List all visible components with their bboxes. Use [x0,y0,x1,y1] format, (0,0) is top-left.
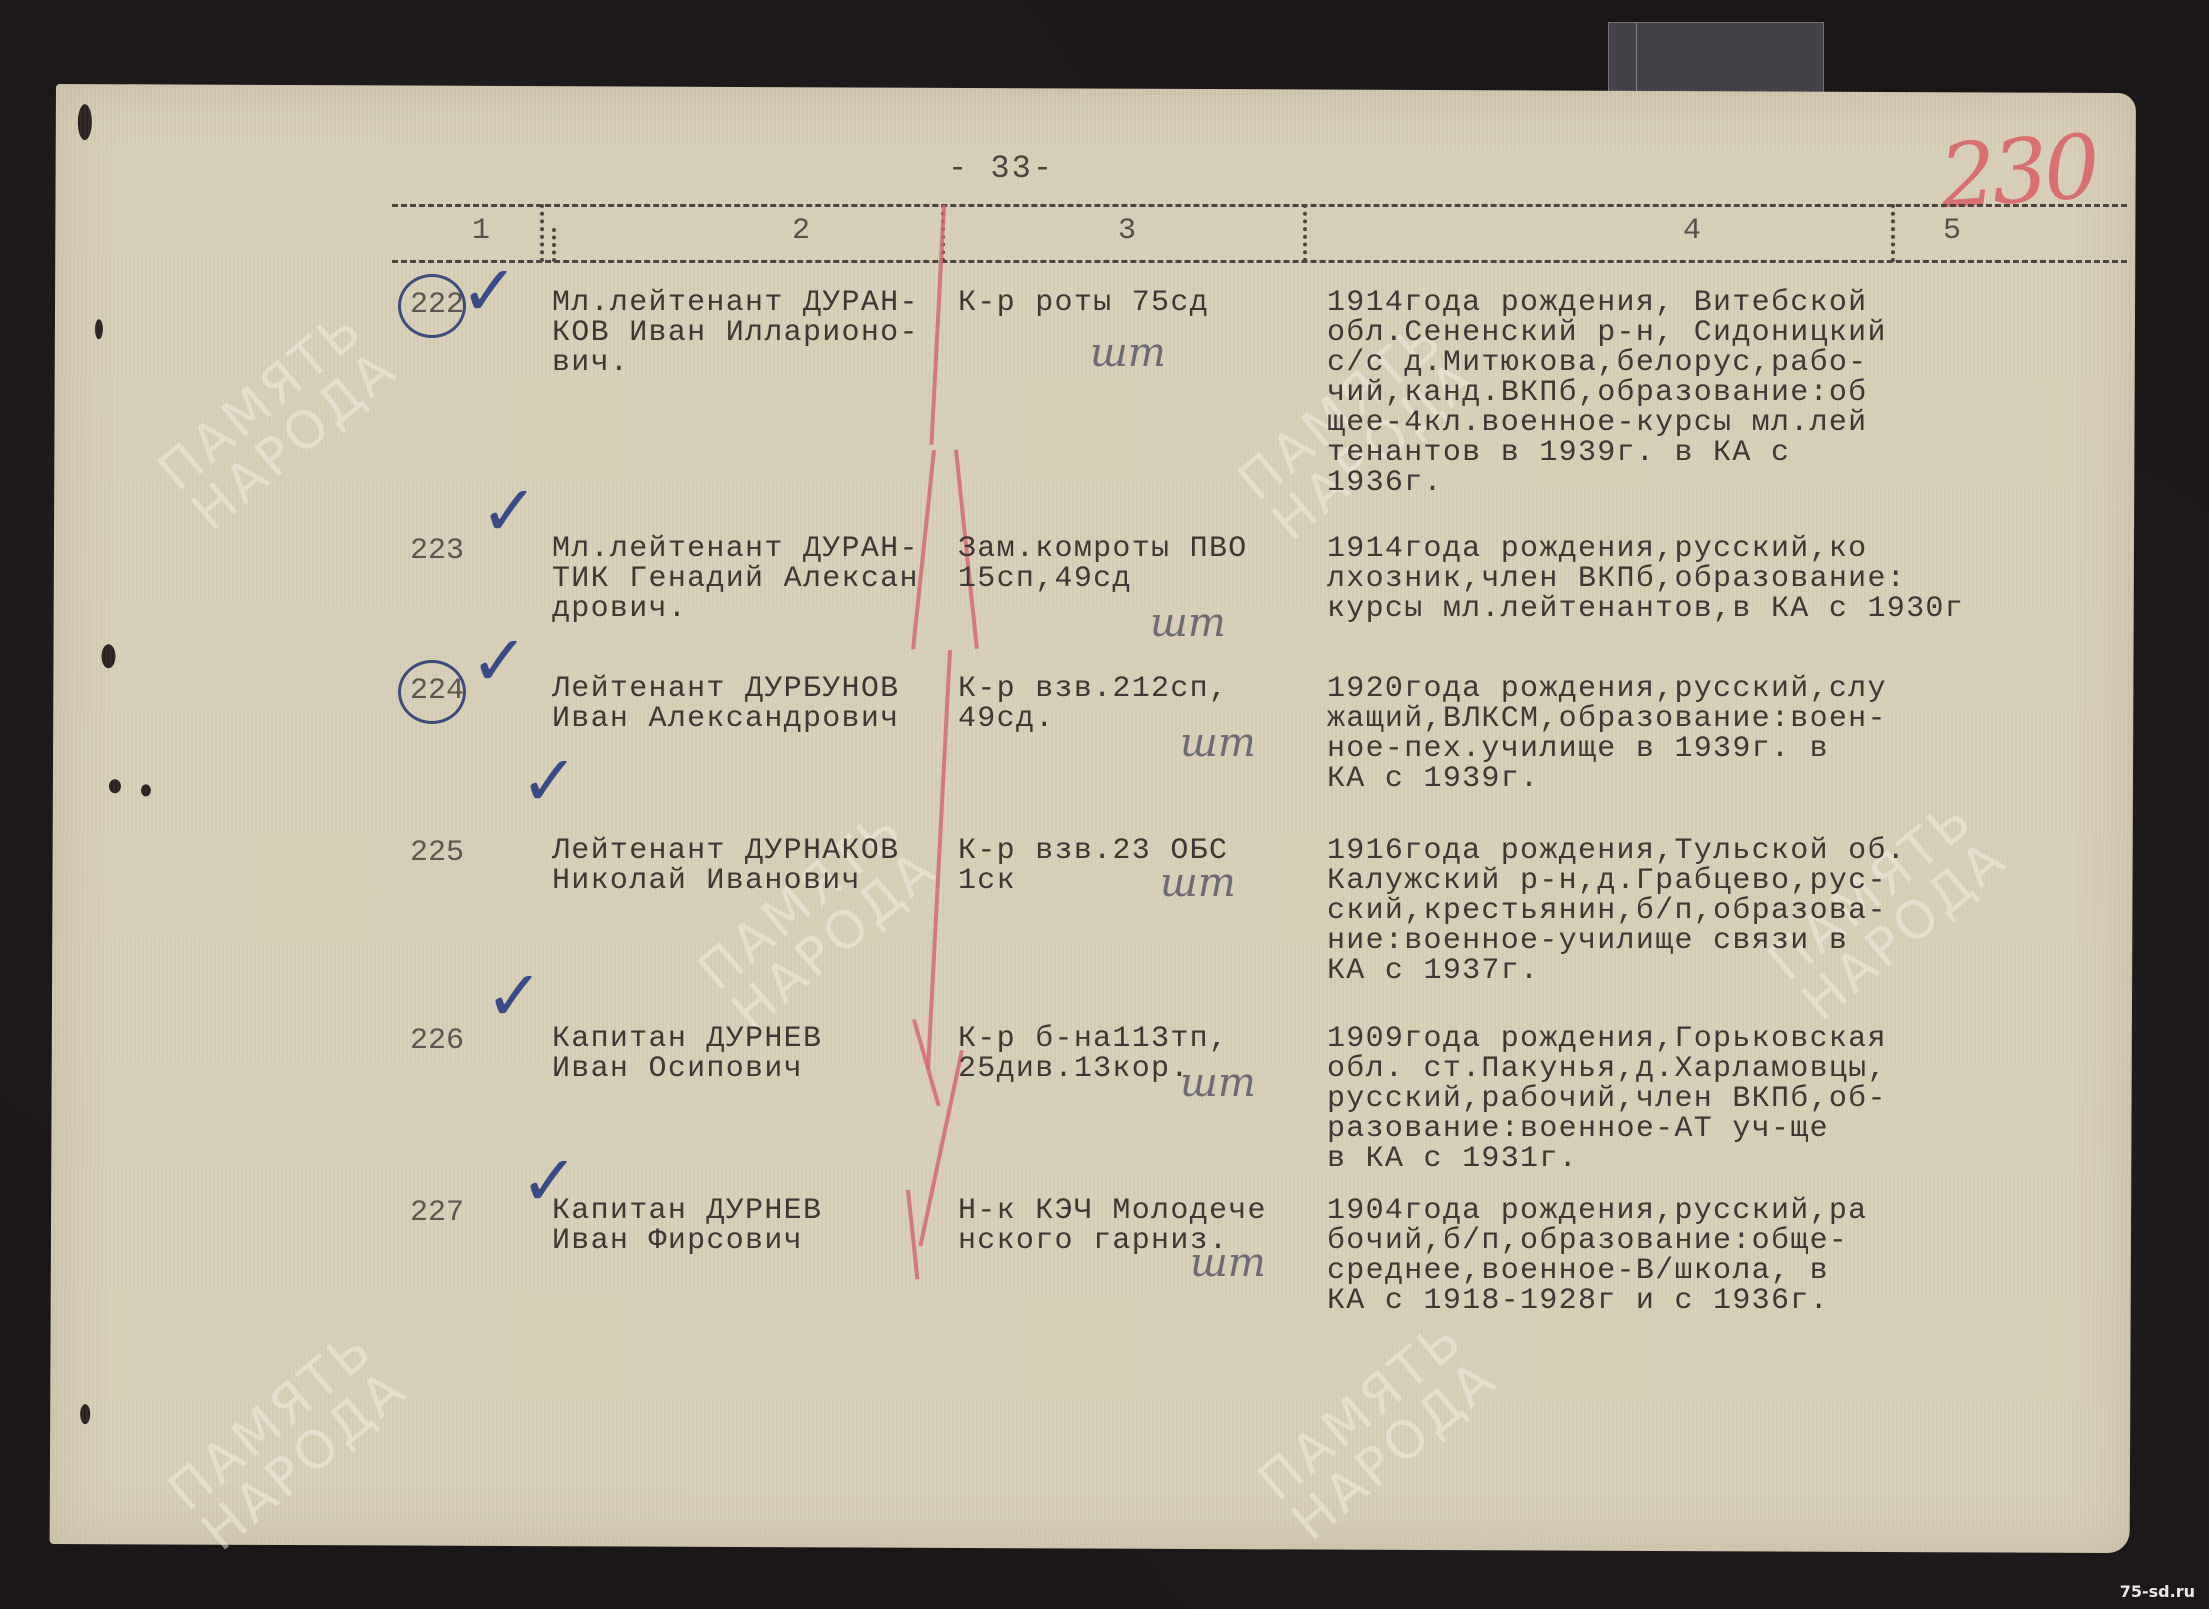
checkmark-icon: ✓ [480,470,539,552]
row-position: Зам.комроты ПВО 15сп,49сд [958,534,1248,594]
row-biography: 1909года рождения,Горьковская обл. ст.Па… [1327,1024,1887,1174]
row-name: Лейтенант ДУРНАКОВ Николай Иванович [552,836,899,896]
checkmark-icon: ✓ [520,1140,579,1222]
circled-number-mark [398,274,466,338]
checkmark-icon: ✓ [520,740,579,822]
checkmark-icon: ✓ [470,620,529,702]
column-header-4: 4 [1683,214,1701,248]
column-header-2: 2 [792,214,810,248]
row-number: 223 [410,534,464,568]
handwritten-initials: шт [1190,1240,1266,1286]
row-biography: 1914года рождения, Витебской обл.Сененск… [1327,288,1887,498]
row-biography: 1904года рождения,русский,ра бочий,б/п,о… [1327,1196,1867,1316]
adhesive-tape [1608,22,1824,94]
binding-hole [78,104,92,140]
handwritten-initials: шт [1150,600,1226,646]
row-name: Капитан ДУРНЕВ Иван Фирсович [552,1196,822,1256]
row-name: Капитан ДУРНЕВ Иван Осипович [552,1024,822,1084]
row-biography: 1916года рождения,Тульской об. Калужский… [1327,836,1906,986]
row-biography: 1914года рождения,русский,ко лхозник,чле… [1327,534,1964,624]
archive-number: 230 [1937,115,2100,229]
row-name: Лейтенант ДУРБУНОВ Иван Александрович [552,674,899,734]
row-name: Мл.лейтенант ДУРАН- ТИК Генадий Алексан … [552,534,919,624]
checkmark-icon: ✓ [460,250,519,332]
site-label: 75-sd.ru [2120,1582,2195,1601]
column-divider [540,204,544,262]
binding-hole [109,779,121,793]
handwritten-initials: шт [1180,720,1256,766]
binding-hole [95,319,103,339]
column-header-5: 5 [1943,214,1961,248]
binding-hole [80,1404,90,1424]
row-number: 226 [410,1024,464,1058]
column-header-1: 1 [472,214,490,248]
circled-number-mark [398,660,466,724]
handwritten-initials: шт [1180,1060,1256,1106]
binding-hole [101,644,115,668]
header-top-rule [392,204,2127,207]
column-divider [1891,204,1895,262]
row-number: 225 [410,836,464,870]
binding-hole [141,784,151,796]
page-number: - 33- [948,150,1054,187]
column-header-3: 3 [1118,214,1136,248]
row-name: Мл.лейтенант ДУРАН- КОВ Иван Илларионо- … [552,288,919,378]
column-divider [1303,204,1307,262]
row-position: К-р роты 75сд [958,288,1209,318]
row-number: 227 [410,1196,464,1230]
handwritten-initials: шт [1160,860,1236,906]
row-biography: 1920года рождения,русский,слу жащий,ВЛКС… [1327,674,1887,794]
handwritten-initials: шт [1090,330,1166,376]
header-bottom-rule [392,260,2127,263]
column-divider [552,228,556,262]
checkmark-icon: ✓ [485,955,544,1037]
